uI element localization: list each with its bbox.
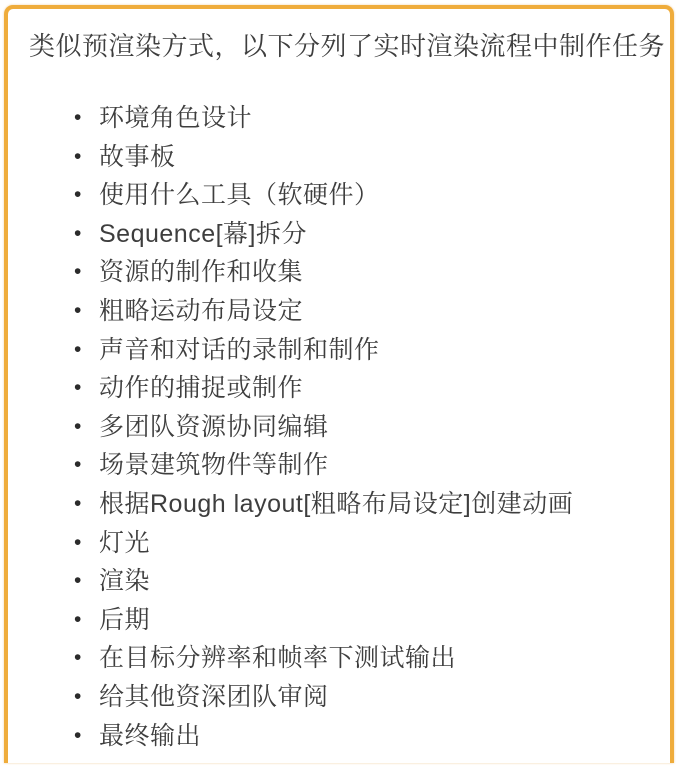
list-item: •资源的制作和收集: [74, 253, 670, 292]
page-title: 类似预渲染方式，以下分列了实时渲染流程中制作任务: [29, 29, 670, 63]
list-item-text: 多团队资源协同编辑: [99, 413, 329, 441]
list-item: •灯光: [74, 524, 670, 563]
list-item: •渲染: [74, 562, 670, 601]
list-item: •最终输出: [74, 717, 670, 756]
list-item: •使用什么工具（软硬件）: [74, 176, 670, 215]
list-item-text: 在目标分辨率和帧率下测试输出: [99, 644, 456, 672]
bullet-icon: •: [74, 138, 82, 177]
bullet-icon: •: [74, 176, 82, 215]
bullet-icon: •: [74, 408, 82, 447]
bullet-icon: •: [74, 485, 82, 524]
list-item: •Sequence[幕]拆分: [74, 215, 670, 254]
list-item-text: 最终输出: [99, 722, 201, 750]
list-item-text: 场景建筑物件等制作: [99, 451, 329, 479]
highlight-frame: 类似预渲染方式，以下分列了实时渲染流程中制作任务 •环境角色设计•故事板•使用什…: [4, 5, 674, 763]
list-item: •动作的捕捉或制作: [74, 369, 670, 408]
list-item-text: 根据Rough layout[粗略布局设定]创建动画: [99, 490, 573, 518]
list-item: •后期: [74, 601, 670, 640]
list-item-text: 给其他资深团队审阅: [99, 683, 329, 711]
bullet-icon: •: [74, 215, 82, 254]
list-item-text: 故事板: [99, 143, 176, 171]
list-item-text: Sequence[幕]拆分: [99, 220, 307, 248]
list-item: •给其他资深团队审阅: [74, 678, 670, 717]
list-item-text: 环境角色设计: [99, 104, 252, 132]
list-item: •故事板: [74, 138, 670, 177]
list-item-text: 后期: [99, 606, 150, 634]
list-item-text: 使用什么工具（软硬件）: [99, 181, 380, 209]
bullet-icon: •: [74, 678, 82, 717]
list-item: •粗略运动布局设定: [74, 292, 670, 331]
bullet-icon: •: [74, 562, 82, 601]
list-item: •在目标分辨率和帧率下测试输出: [74, 639, 670, 678]
list-item: •根据Rough layout[粗略布局设定]创建动画: [74, 485, 670, 524]
bullet-icon: •: [74, 601, 82, 640]
list-item: •声音和对话的录制和制作: [74, 331, 670, 370]
bullet-icon: •: [74, 331, 82, 370]
list-item-text: 声音和对话的录制和制作: [99, 336, 380, 364]
bullet-icon: •: [74, 99, 82, 138]
bullet-icon: •: [74, 717, 82, 756]
list-item-text: 灯光: [99, 529, 150, 557]
bullet-icon: •: [74, 292, 82, 331]
bullet-icon: •: [74, 369, 82, 408]
task-list: •环境角色设计•故事板•使用什么工具（软硬件）•Sequence[幕]拆分•资源…: [8, 99, 670, 755]
bullet-icon: •: [74, 639, 82, 678]
list-item: •多团队资源协同编辑: [74, 408, 670, 447]
bullet-icon: •: [74, 253, 82, 292]
list-item-text: 资源的制作和收集: [99, 258, 303, 286]
list-item-text: 动作的捕捉或制作: [99, 374, 303, 402]
list-item: •环境角色设计: [74, 99, 670, 138]
list-item: •场景建筑物件等制作: [74, 446, 670, 485]
list-item-text: 渲染: [99, 567, 150, 595]
list-item-text: 粗略运动布局设定: [99, 297, 303, 325]
bullet-icon: •: [74, 446, 82, 485]
bullet-icon: •: [74, 524, 82, 563]
